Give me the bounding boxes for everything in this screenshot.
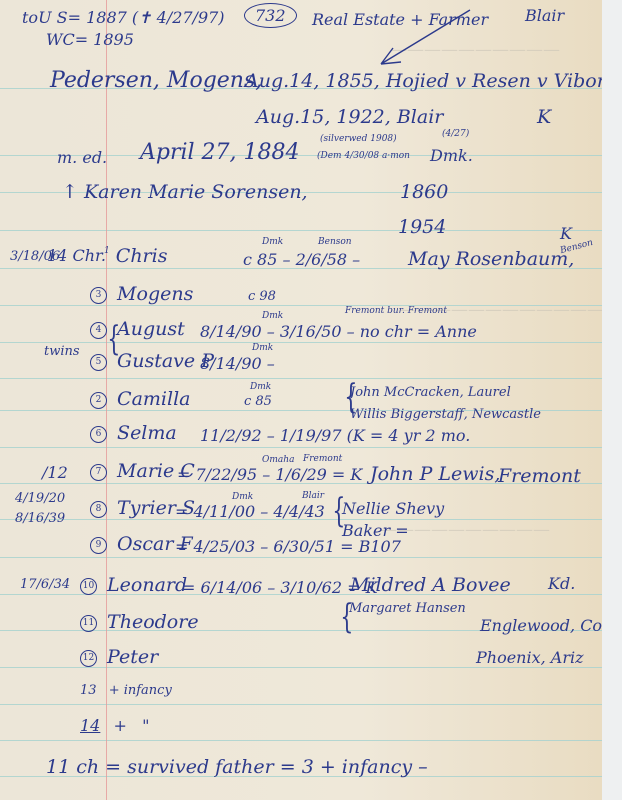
child-row: 6 Selma <box>90 424 177 443</box>
child-dates: c 85 <box>244 395 272 408</box>
child-dates: = 4/25/03 – 6/30/51 = B107 <box>175 539 401 555</box>
child-spouse-place: Fremont <box>498 467 581 486</box>
child-birthplace: Dmk <box>232 493 253 502</box>
child-dates: = 6/14/06 – 3/10/62 = K <box>182 580 378 596</box>
child-number: 10 <box>80 578 97 595</box>
marriage-note-silver: (silverwed 1908) <box>320 135 397 144</box>
wc-line: WC= 1895 <box>46 32 134 48</box>
child-name: Leonard <box>107 574 187 596</box>
child-row: 11 Theodore <box>80 613 199 632</box>
child-margin-note: 8/16/39 <box>15 512 65 525</box>
subject-death-mark: K <box>537 108 551 127</box>
child-number: 7 <box>90 464 107 481</box>
child-burial-place: Fremont bur. Fremont <box>345 307 447 316</box>
child-number: 8 <box>90 501 107 518</box>
child-margin-note: 4/19/20 <box>15 492 65 505</box>
child-name: Mogens <box>117 283 193 305</box>
summary-line: 11 ch = survived father = 3 + infancy – <box>46 758 428 777</box>
child-birthplace: Omaha <box>262 456 294 465</box>
children-count-label: 14 Chr. <box>47 248 106 264</box>
rule-line <box>0 342 602 343</box>
marriage-date: April 27, 1884 <box>140 142 300 164</box>
child-spouses: John McCracken, Laurel Willis Biggerstaf… <box>350 382 590 426</box>
spouse-name: ↑ Karen Marie Sorensen, <box>62 183 308 202</box>
child-spouse: Mildred A Bovee <box>350 576 511 595</box>
child-name: Chris <box>116 245 168 267</box>
child-number: 6 <box>90 426 107 443</box>
file-number-value: 732 <box>244 3 297 28</box>
child-row: 3 Mogens <box>90 285 193 304</box>
twins-margin-note: twins <box>44 345 80 358</box>
child-birthplace: Dmk <box>250 383 271 392</box>
child-name: August <box>117 318 185 340</box>
child-row: 1 Chris <box>104 247 167 266</box>
child-spouse-place: Kd. <box>548 576 575 592</box>
child-row: 2 Camilla <box>90 390 191 409</box>
child-spouse-place: Phoenix, Ariz <box>476 650 584 666</box>
child-burial-place: Blair <box>302 492 324 501</box>
child-row: 10 Leonard <box>80 576 187 595</box>
child-spouse: John P Lewis, <box>370 465 500 484</box>
child-birthplace: Dmk <box>262 238 283 247</box>
rule-line <box>0 704 602 705</box>
scan-background <box>602 0 622 800</box>
marriage-note-date: (4/27) <box>442 130 469 139</box>
infant-number: 14 <box>80 716 100 735</box>
child-dates: 8/14/90 – <box>200 356 275 372</box>
spouse-death: 1954 <box>398 218 446 237</box>
marriage-prefix: m. ed. <box>57 150 107 166</box>
child-burial-place: Fremont <box>303 455 342 464</box>
child-birthplace: Dmk <box>252 344 273 353</box>
child-spouse: May Rosenbaum, <box>408 250 574 269</box>
child-number: 12 <box>80 650 97 667</box>
child-dates: 8/14/90 – 3/16/50 – no chr = Anne <box>200 324 477 340</box>
child-name: Camilla <box>117 388 190 410</box>
child-number: 2 <box>90 392 107 409</box>
rule-line <box>0 447 602 448</box>
child-number: 5 <box>90 354 107 371</box>
child-margin-note: /12 <box>42 465 68 481</box>
rule-line <box>0 378 602 379</box>
child-spouse: Margaret Hansen <box>349 602 466 615</box>
rule-line <box>0 740 602 741</box>
infant-number: 13 <box>80 683 97 698</box>
spouse-death-mark: K <box>560 226 572 242</box>
rule-line <box>0 230 602 231</box>
rule-line <box>0 557 602 558</box>
marriage-place: Dmk. <box>430 148 473 164</box>
ledger-page: —————————— ———————————— —————————— toU S… <box>0 0 602 800</box>
child-number: 9 <box>90 537 107 554</box>
child-birthplace: Dmk <box>262 312 283 321</box>
child-number: 1 <box>104 246 110 256</box>
location-top: Blair <box>525 8 564 24</box>
infant-text: + infancy <box>109 683 172 698</box>
child-spouse-place: Englewood, Colo <box>480 618 602 634</box>
infant-row: 13 + infancy <box>80 684 172 697</box>
child-number: 3 <box>90 287 107 304</box>
arrow-icon <box>375 8 475 68</box>
rule-line <box>0 667 602 668</box>
file-number: 732 <box>244 8 297 24</box>
spouse-birth: 1860 <box>400 183 448 202</box>
infant-row: 14 + " <box>80 718 149 734</box>
child-spouse: Nellie Shevy Baker = <box>342 498 542 542</box>
child-dates: c 98 <box>248 290 276 303</box>
child-number: 11 <box>80 615 97 632</box>
census-line: toU S= 1887 (✝ 4/27/97) <box>22 10 225 26</box>
child-name: Theodore <box>107 611 199 633</box>
child-name: Selma <box>117 422 177 444</box>
child-burial-place: Benson <box>318 238 352 247</box>
subject-name: Pedersen, Mogens, <box>50 70 262 92</box>
infant-text: + " <box>113 716 149 735</box>
child-name: Peter <box>107 646 158 668</box>
marriage-note-dem: (Dem 4/30/08 a·mon <box>317 152 410 161</box>
child-dates: = 7/22/95 – 1/6/29 = K <box>177 467 362 483</box>
child-margin-note: 17/6/34 <box>20 578 70 591</box>
subject-death: Aug.15, 1922, Blair <box>256 108 443 127</box>
child-row: 5 Gustave P <box>90 352 214 371</box>
child-dates: 11/2/92 – 1/19/97 (K = 4 yr 2 mo. <box>200 428 470 444</box>
child-dates: = 4/11/00 – 4/4/43 <box>175 504 325 520</box>
child-row: 12 Peter <box>80 648 158 667</box>
subject-birth: Aug.14, 1855, Hojied v Resen v Viborg <box>245 72 602 91</box>
child-dates: c 85 – 2/6/58 – <box>243 252 360 268</box>
